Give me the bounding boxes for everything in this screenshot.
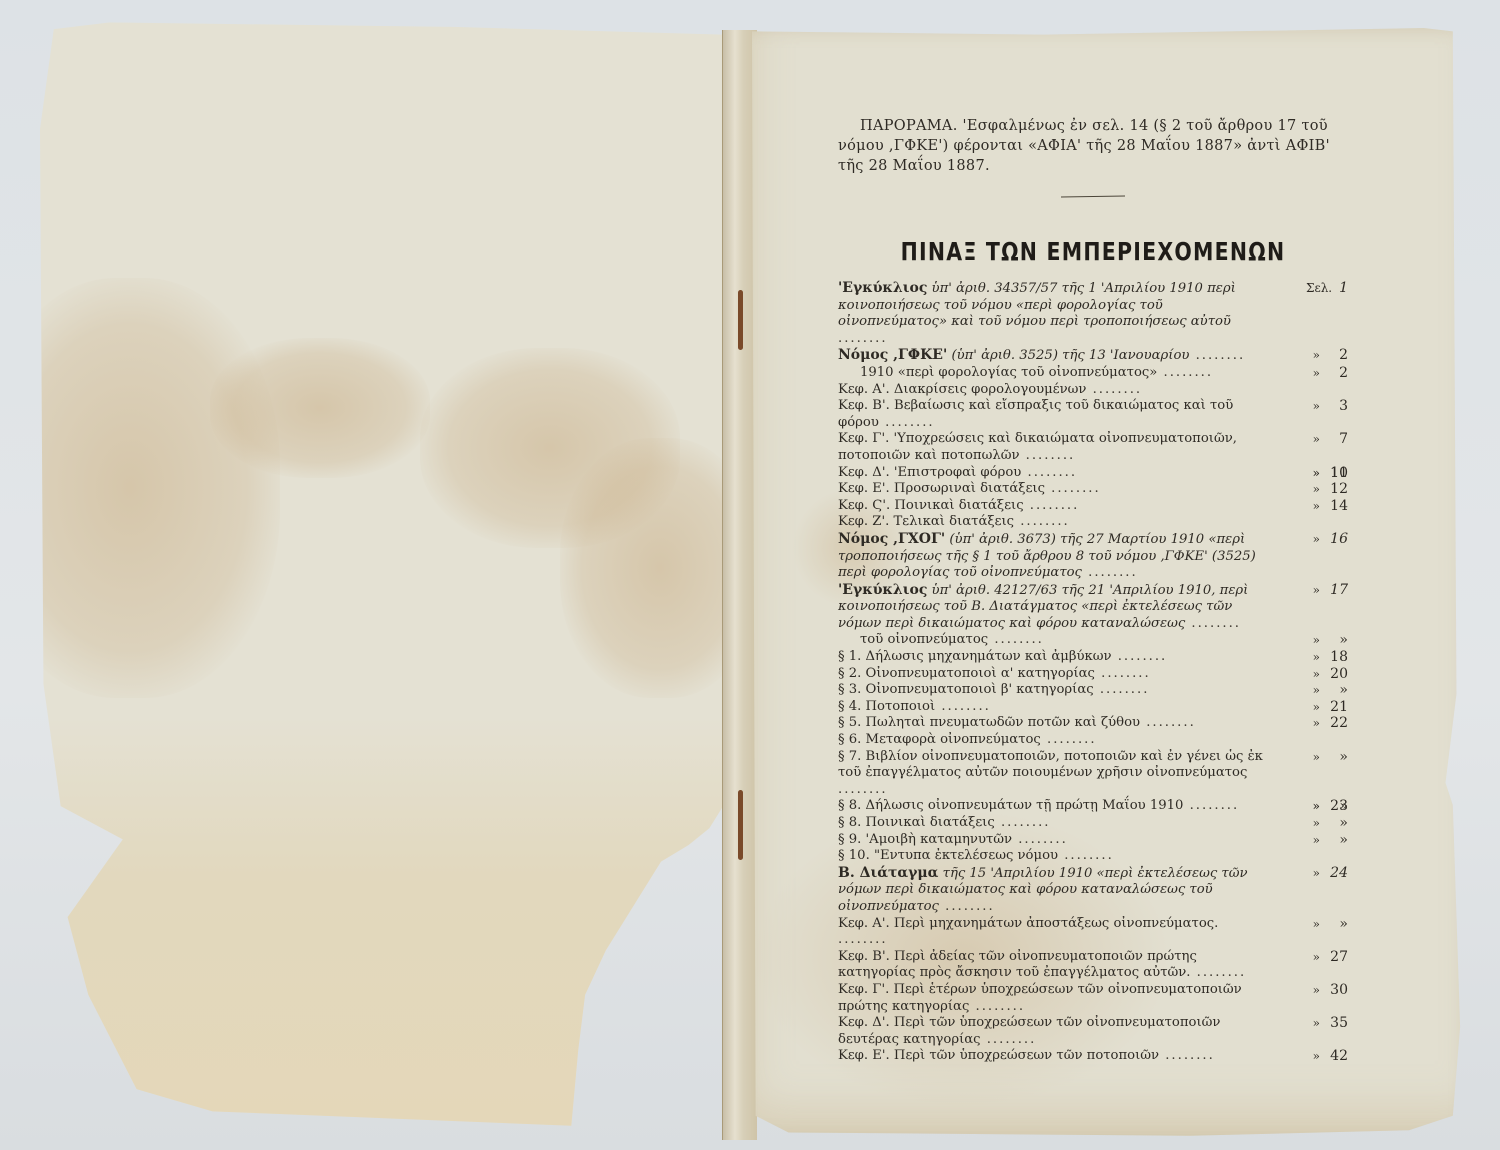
toc-entry: Κεφ. Ε'. Περὶ τῶν ὑποχρεώσεων τῶν ποτοπο… bbox=[838, 1048, 1348, 1065]
toc-entry-text: § 1. Δήλωσις μηχανημάτων καὶ ἀμβύκων ...… bbox=[838, 649, 1348, 666]
leader-dots: ........ bbox=[1058, 848, 1114, 863]
ditto-mark: » bbox=[1306, 498, 1320, 515]
binding-thread bbox=[738, 290, 743, 350]
toc-page-number: 22 bbox=[1322, 715, 1348, 732]
toc-entry-text: § 7. Βιβλίον οἰνοπνευματοποιῶν, ποτοποιῶ… bbox=[838, 749, 1348, 799]
toc-entry: § 6. Μεταφορὰ οἰνοπνεύματος ........ bbox=[838, 732, 1348, 749]
toc-page-number: » bbox=[1322, 916, 1348, 933]
toc-entry-text: § 8. Ποινικαὶ διατάξεις ........ bbox=[838, 815, 1348, 832]
toc-entry-text: τοῦ οἰνοπνεύματος ........ bbox=[838, 632, 1348, 649]
toc-entry: § 9. 'Αμοιβὴ καταμηνυτῶν ........»» bbox=[838, 832, 1348, 849]
leader-dots: ........ bbox=[1024, 498, 1080, 513]
toc-title: ΠΙΝΑΞ ΤΩΝ ΕΜΠΕΡΙΕΧΟΜΕΝΩΝ bbox=[884, 237, 1302, 266]
toc-entry-title: § 6. Μεταφορὰ οἰνοπνεύματος bbox=[838, 732, 1041, 747]
toc-page-number: 21 bbox=[1322, 699, 1348, 716]
toc-entry-title: § 4. Ποτοποιοὶ bbox=[838, 699, 935, 714]
toc-entry: § 8. Ποινικαὶ διατάξεις ........»» bbox=[838, 815, 1348, 832]
ditto-mark: » bbox=[1306, 649, 1320, 666]
toc-entry-text: Νόμος ,ΓΧΟΓ' (ὑπ' ἀριθ. 3673) τῆς 27 Μαρ… bbox=[838, 531, 1348, 582]
toc-entry: Νόμος ,ΓΧΟΓ' (ὑπ' ἀριθ. 3673) τῆς 27 Μαρ… bbox=[838, 531, 1348, 582]
toc-page-number: 27 bbox=[1322, 949, 1348, 966]
toc-entry-title: § 8. Ποινικαὶ διατάξεις bbox=[838, 815, 995, 830]
toc-entry-text: Κεφ. Α'. Περὶ μηχανημάτων ἀποστάξεως οἰν… bbox=[838, 916, 1348, 949]
toc-entry-title: § 9. 'Αμοιβὴ καταμηνυτῶν bbox=[838, 832, 1012, 847]
toc-entry-text: § 9. 'Αμοιβὴ καταμηνυτῶν ........ bbox=[838, 832, 1348, 849]
toc-entry: § 8. Δήλωσις οἰνοπνευμάτων τῇ πρώτῃ Μαΐο… bbox=[838, 798, 1348, 815]
toc-page-number: » bbox=[1322, 815, 1348, 832]
toc-entry-title: Κεφ. Β'. Περὶ ἀδείας τῶν οἰνοπνευματοποι… bbox=[838, 949, 1197, 981]
toc-entry: § 1. Δήλωσις μηχανημάτων καὶ ἀμβύκων ...… bbox=[838, 649, 1348, 666]
leader-dots: ........ bbox=[1157, 365, 1213, 380]
toc-entry: Κεφ. Β'. Περὶ ἀδείας τῶν οἰνοπνευματοποι… bbox=[838, 949, 1348, 982]
toc-page-number: 20 bbox=[1322, 666, 1348, 683]
errata-label: ΠΑΡΟΡΑΜΑ. bbox=[860, 118, 958, 134]
leader-dots: ........ bbox=[1189, 348, 1245, 363]
ditto-mark: » bbox=[1306, 365, 1320, 382]
toc-entry: Κεφ. Δ'. Περὶ τῶν ὑποχρεώσεων τῶν οἰνοπν… bbox=[838, 1015, 1348, 1048]
leader-dots: ........ bbox=[1185, 616, 1241, 631]
toc-entry: 'Εγκύκλιος ὑπ' ἀριθ. 34357/57 τῆς 1 'Απρ… bbox=[838, 280, 1348, 347]
toc-entry-title: § 2. Οἰνοπνευματοποιοὶ α' κατηγορίας bbox=[838, 666, 1095, 681]
ditto-mark: » bbox=[1306, 431, 1320, 448]
ditto-mark: » bbox=[1306, 749, 1320, 766]
leader-dots: ........ bbox=[988, 632, 1044, 647]
ditto-mark: » bbox=[1306, 832, 1320, 849]
ditto-mark: » bbox=[1306, 949, 1320, 966]
toc-entry-text: Κεφ. Β'. Περὶ ἀδείας τῶν οἰνοπνευματοποι… bbox=[838, 949, 1348, 982]
toc-entry-text: Κεφ. Ϛ'. Ποινικαὶ διατάξεις ........ bbox=[838, 498, 1348, 515]
toc-entry-title: Κεφ. Ε'. Προσωριναὶ διατάξεις bbox=[838, 481, 1045, 496]
toc-entry: Κεφ. Γ'. Περὶ ἑτέρων ὑποχρεώσεων τῶν οἰν… bbox=[838, 982, 1348, 1015]
separator-rule bbox=[1061, 195, 1125, 197]
ditto-mark: » bbox=[1306, 682, 1320, 699]
leader-dots: ........ bbox=[838, 331, 888, 346]
toc-page-number: » bbox=[1322, 832, 1348, 849]
toc-entry-title: Κεφ. Γ'. Περὶ ἑτέρων ὑποχρεώσεων τῶν οἰν… bbox=[838, 982, 1242, 1014]
toc-entry-text: § 6. Μεταφορὰ οἰνοπνεύματος ........ bbox=[838, 732, 1348, 749]
ditto-mark: » bbox=[1306, 1048, 1320, 1065]
book-spine bbox=[722, 30, 757, 1140]
toc-page-number: 42 bbox=[1322, 1048, 1348, 1065]
ditto-mark: » bbox=[1306, 715, 1320, 732]
toc-entry-heading: Νόμος ,ΓΦΚΕ' bbox=[838, 347, 947, 363]
toc-entry-text: § 2. Οἰνοπνευματοποιοὶ α' κατηγορίας ...… bbox=[838, 666, 1348, 683]
leader-dots: ........ bbox=[1021, 465, 1077, 480]
toc-page-number: 1 bbox=[1322, 280, 1348, 297]
toc-entry: Κεφ. Ϛ'. Ποινικαὶ διατάξεις ........»14 bbox=[838, 498, 1348, 515]
toc-page-number: 3 bbox=[1322, 398, 1348, 415]
toc-page-number: 23 bbox=[1322, 798, 1348, 815]
ditto-mark: » bbox=[1306, 798, 1320, 815]
toc-entry-text: Κεφ. Ζ'. Τελικαὶ διατάξεις ........ bbox=[838, 514, 1348, 531]
toc-entry: Κεφ. Γ'. 'Υποχρεώσεις καὶ δικαιώματα οἰν… bbox=[838, 431, 1348, 464]
leader-dots: ........ bbox=[1095, 666, 1151, 681]
toc-entry-title: § 10. "Εντυπα ἐκτελέσεως νόμου bbox=[838, 848, 1058, 863]
toc-entry-title: Κεφ. Α'. Διακρίσεις φορολογουμένων bbox=[838, 382, 1086, 397]
toc-page-number: 18 bbox=[1322, 649, 1348, 666]
toc-entry: Κεφ. Ε'. Προσωριναὶ διατάξεις ........»1… bbox=[838, 481, 1348, 498]
leader-dots: ........ bbox=[1082, 565, 1138, 580]
toc-entry-heading: Νόμος ,ΓΧΟΓ' bbox=[838, 531, 945, 547]
leader-dots: ........ bbox=[981, 1032, 1037, 1047]
toc-entry: § 2. Οἰνοπνευματοποιοὶ α' κατηγορίας ...… bbox=[838, 666, 1348, 683]
leader-dots: ........ bbox=[1094, 682, 1150, 697]
leader-dots: ........ bbox=[1159, 1048, 1215, 1063]
toc-page-number: 35 bbox=[1322, 1015, 1348, 1032]
toc-entry-text: Κεφ. Γ'. Περὶ ἑτέρων ὑποχρεώσεων τῶν οἰν… bbox=[838, 982, 1348, 1015]
toc-entry: § 10. "Εντυπα ἐκτελέσεως νόμου ........ bbox=[838, 848, 1348, 865]
leader-dots: ........ bbox=[969, 999, 1025, 1014]
ditto-mark: » bbox=[1306, 582, 1320, 599]
ditto-mark: » bbox=[1306, 1015, 1320, 1032]
toc-entry: Κεφ. Δ'. 'Επιστροφαὶ φόρου ........»11 bbox=[838, 465, 1348, 482]
toc-entry-heading: Β. Διάταγμα bbox=[838, 865, 938, 881]
toc-entry-text: Νόμος ,ΓΦΚΕ' (ὑπ' ἀριθ. 3525) τῆς 13 'Ια… bbox=[838, 347, 1348, 365]
toc-entry-text: § 4. Ποτοποιοὶ ........ bbox=[838, 699, 1348, 716]
toc-entry-title: Κεφ. Ε'. Περὶ τῶν ὑποχρεώσεων τῶν ποτοπο… bbox=[838, 1048, 1159, 1063]
toc-entry-title: § 7. Βιβλίον οἰνοπνευματοποιῶν, ποτοποιῶ… bbox=[838, 749, 1263, 781]
toc-entry-title: § 8. Δήλωσις οἰνοπνευμάτων τῇ πρώτῃ Μαΐο… bbox=[838, 798, 1183, 813]
toc-page-number: 12 bbox=[1322, 481, 1348, 498]
ditto-mark: » bbox=[1306, 916, 1320, 933]
ditto-mark: » bbox=[1306, 465, 1320, 482]
ditto-mark: » bbox=[1306, 865, 1320, 882]
leader-dots: ........ bbox=[1019, 448, 1075, 463]
leader-dots: ........ bbox=[1183, 798, 1239, 813]
show-through-text bbox=[200, 73, 720, 91]
leader-dots: ........ bbox=[838, 932, 888, 947]
toc-entry-title: 1910 «περὶ φορολογίας τοῦ οἰνοπνεύματος» bbox=[860, 365, 1157, 380]
toc-entry-title: Κεφ. Ϛ'. Ποινικαὶ διατάξεις bbox=[838, 498, 1024, 513]
toc-entry-text: § 5. Πωληταὶ πνευματωδῶν ποτῶν καὶ ζύθου… bbox=[838, 715, 1348, 732]
leader-dots: ........ bbox=[1140, 715, 1196, 730]
toc-entry-title: Κεφ. Α'. Περὶ μηχανημάτων ἀποστάξεως οἰν… bbox=[838, 916, 1218, 931]
toc-entry-text: Κεφ. Γ'. 'Υποχρεώσεις καὶ δικαιώματα οἰν… bbox=[838, 431, 1348, 464]
toc-entry-title: § 5. Πωληταὶ πνευματωδῶν ποτῶν καὶ ζύθου bbox=[838, 715, 1140, 730]
toc-entry-text: § 8. Δήλωσις οἰνοπνευμάτων τῇ πρώτῃ Μαΐο… bbox=[838, 798, 1348, 815]
toc-entry-text: 'Εγκύκλιος ὑπ' ἀριθ. 34357/57 τῆς 1 'Απρ… bbox=[838, 280, 1348, 347]
toc-entry: 1910 «περὶ φορολογίας τοῦ οἰνοπνεύματος»… bbox=[838, 365, 1348, 382]
leader-dots: ........ bbox=[879, 415, 935, 430]
leader-dots: ........ bbox=[1045, 481, 1101, 496]
ditto-mark: » bbox=[1306, 398, 1320, 415]
toc-entry-text: § 3. Οἰνοπνευματοποιοὶ β' κατηγορίας ...… bbox=[838, 682, 1348, 699]
toc-entry: 'Εγκύκλιος ὑπ' ἀριθ. 42127/63 τῆς 21 'Απ… bbox=[838, 582, 1348, 633]
toc-entry-title: Κεφ. Δ'. 'Επιστροφαὶ φόρου bbox=[838, 465, 1021, 480]
show-through-text bbox=[200, 523, 720, 546]
ditto-mark: » bbox=[1306, 531, 1320, 548]
toc-entry-text: Κεφ. Δ'. 'Επιστροφαὶ φόρου ........ bbox=[838, 465, 1348, 482]
toc-entry-text: § 10. "Εντυπα ἐκτελέσεως νόμου ........ bbox=[838, 848, 1348, 865]
toc-entry: § 3. Οἰνοπνευματοποιοὶ β' κατηγορίας ...… bbox=[838, 682, 1348, 699]
ditto-mark: » bbox=[1306, 982, 1320, 999]
toc-entry: § 7. Βιβλίον οἰνοπνευματοποιῶν, ποτοποιῶ… bbox=[838, 749, 1348, 799]
leader-dots: ........ bbox=[838, 782, 888, 797]
leader-dots: ........ bbox=[935, 699, 991, 714]
toc-entry-text: 1910 «περὶ φορολογίας τοῦ οἰνοπνεύματος»… bbox=[838, 365, 1348, 382]
toc-entry: Νόμος ,ΓΦΚΕ' (ὑπ' ἀριθ. 3525) τῆς 13 'Ια… bbox=[838, 347, 1348, 365]
ditto-mark: » bbox=[1306, 699, 1320, 716]
toc-entry: § 4. Ποτοποιοὶ ........»21 bbox=[838, 699, 1348, 716]
toc-page-number: 11 bbox=[1322, 465, 1348, 482]
toc-entry: Β. Διάταγμα τῆς 15 'Απριλίου 1910 «περὶ … bbox=[838, 865, 1348, 916]
toc-entry: § 5. Πωληταὶ πνευματωδῶν ποτῶν καὶ ζύθου… bbox=[838, 715, 1348, 732]
toc-entry-title: Κεφ. Ζ'. Τελικαὶ διατάξεις bbox=[838, 514, 1014, 529]
toc-list: 'Εγκύκλιος ὑπ' ἀριθ. 34357/57 τῆς 1 'Απρ… bbox=[838, 280, 1348, 1065]
toc-entry-text: 'Εγκύκλιος ὑπ' ἀριθ. 42127/63 τῆς 21 'Απ… bbox=[838, 582, 1348, 633]
toc-entry: τοῦ οἰνοπνεύματος ........»» bbox=[838, 632, 1348, 649]
ditto-mark: » bbox=[1306, 481, 1320, 498]
ditto-mark: » bbox=[1306, 815, 1320, 832]
toc-entry-text: Κεφ. Β'. Βεβαίωσις καὶ εἴσπραξις τοῦ δικ… bbox=[838, 398, 1348, 431]
errata-note: ΠΑΡΟΡΑΜΑ. 'Εσφαλμένως ἐν σελ. 14 (§ 2 το… bbox=[838, 116, 1348, 176]
ditto-mark: Σελ. bbox=[1306, 280, 1320, 297]
ditto-mark: » bbox=[1306, 347, 1320, 364]
toc-page-number: 2 bbox=[1322, 347, 1348, 364]
toc-page-number: 30 bbox=[1322, 982, 1348, 999]
toc-entry-heading: 'Εγκύκλιος bbox=[838, 280, 927, 296]
toc-entry-text: Β. Διάταγμα τῆς 15 'Απριλίου 1910 «περὶ … bbox=[838, 865, 1348, 916]
toc-entry: Κεφ. Α'. Διακρίσεις φορολογουμένων .....… bbox=[838, 382, 1348, 399]
toc-entry-text: Κεφ. Ε'. Περὶ τῶν ὑποχρεώσεων τῶν ποτοπο… bbox=[838, 1048, 1348, 1065]
right-page-table-of-contents: ΠΑΡΟΡΑΜΑ. 'Εσφαλμένως ἐν σελ. 14 (§ 2 το… bbox=[752, 28, 1482, 1138]
ditto-mark: » bbox=[1306, 666, 1320, 683]
toc-page-number: » bbox=[1322, 749, 1348, 766]
leader-dots: ........ bbox=[1014, 514, 1070, 529]
toc-page-number: 17 bbox=[1322, 582, 1348, 599]
toc-entry: Κεφ. Ζ'. Τελικαὶ διατάξεις ........ bbox=[838, 514, 1348, 531]
toc-entry-title: τοῦ οἰνοπνεύματος bbox=[860, 632, 988, 647]
toc-entry-text: Κεφ. Ε'. Προσωριναὶ διατάξεις ........ bbox=[838, 481, 1348, 498]
leader-dots: ........ bbox=[1112, 649, 1168, 664]
leader-dots: ........ bbox=[939, 899, 995, 914]
toc-entry: Κεφ. Β'. Βεβαίωσις καὶ εἴσπραξις τοῦ δικ… bbox=[838, 398, 1348, 431]
toc-entry: Κεφ. Α'. Περὶ μηχανημάτων ἀποστάξεως οἰν… bbox=[838, 916, 1348, 949]
page-content: ΠΑΡΟΡΑΜΑ. 'Εσφαλμένως ἐν σελ. 14 (§ 2 το… bbox=[838, 116, 1348, 1065]
toc-page-number: 24 bbox=[1322, 865, 1348, 882]
toc-page-number: 14 bbox=[1322, 498, 1348, 515]
toc-page-number: » bbox=[1322, 682, 1348, 699]
toc-page-number: » bbox=[1322, 632, 1348, 649]
toc-entry-heading: 'Εγκύκλιος bbox=[838, 582, 927, 598]
toc-entry-title: § 1. Δήλωσις μηχανημάτων καὶ ἀμβύκων bbox=[838, 649, 1112, 664]
leader-dots: ........ bbox=[1190, 965, 1246, 980]
leader-dots: ........ bbox=[1012, 832, 1068, 847]
leader-dots: ........ bbox=[995, 815, 1051, 830]
toc-page-number: 16 bbox=[1322, 531, 1348, 548]
water-stain bbox=[210, 338, 430, 478]
leader-dots: ........ bbox=[1041, 732, 1097, 747]
toc-entry-text: Κεφ. Δ'. Περὶ τῶν ὑποχρεώσεων τῶν οἰνοπν… bbox=[838, 1015, 1348, 1048]
toc-page-number: 7 bbox=[1322, 431, 1348, 448]
leader-dots: ........ bbox=[1086, 382, 1142, 397]
ditto-mark: » bbox=[1306, 632, 1320, 649]
toc-entry-title: § 3. Οἰνοπνευματοποιοὶ β' κατηγορίας bbox=[838, 682, 1094, 697]
toc-entry-title: (ὑπ' ἀριθ. 3525) τῆς 13 'Ιανουαρίου bbox=[947, 348, 1189, 363]
toc-page-number: 2 bbox=[1322, 365, 1348, 382]
binding-thread bbox=[738, 790, 743, 860]
toc-entry-text: Κεφ. Α'. Διακρίσεις φορολογουμένων .....… bbox=[838, 382, 1348, 399]
